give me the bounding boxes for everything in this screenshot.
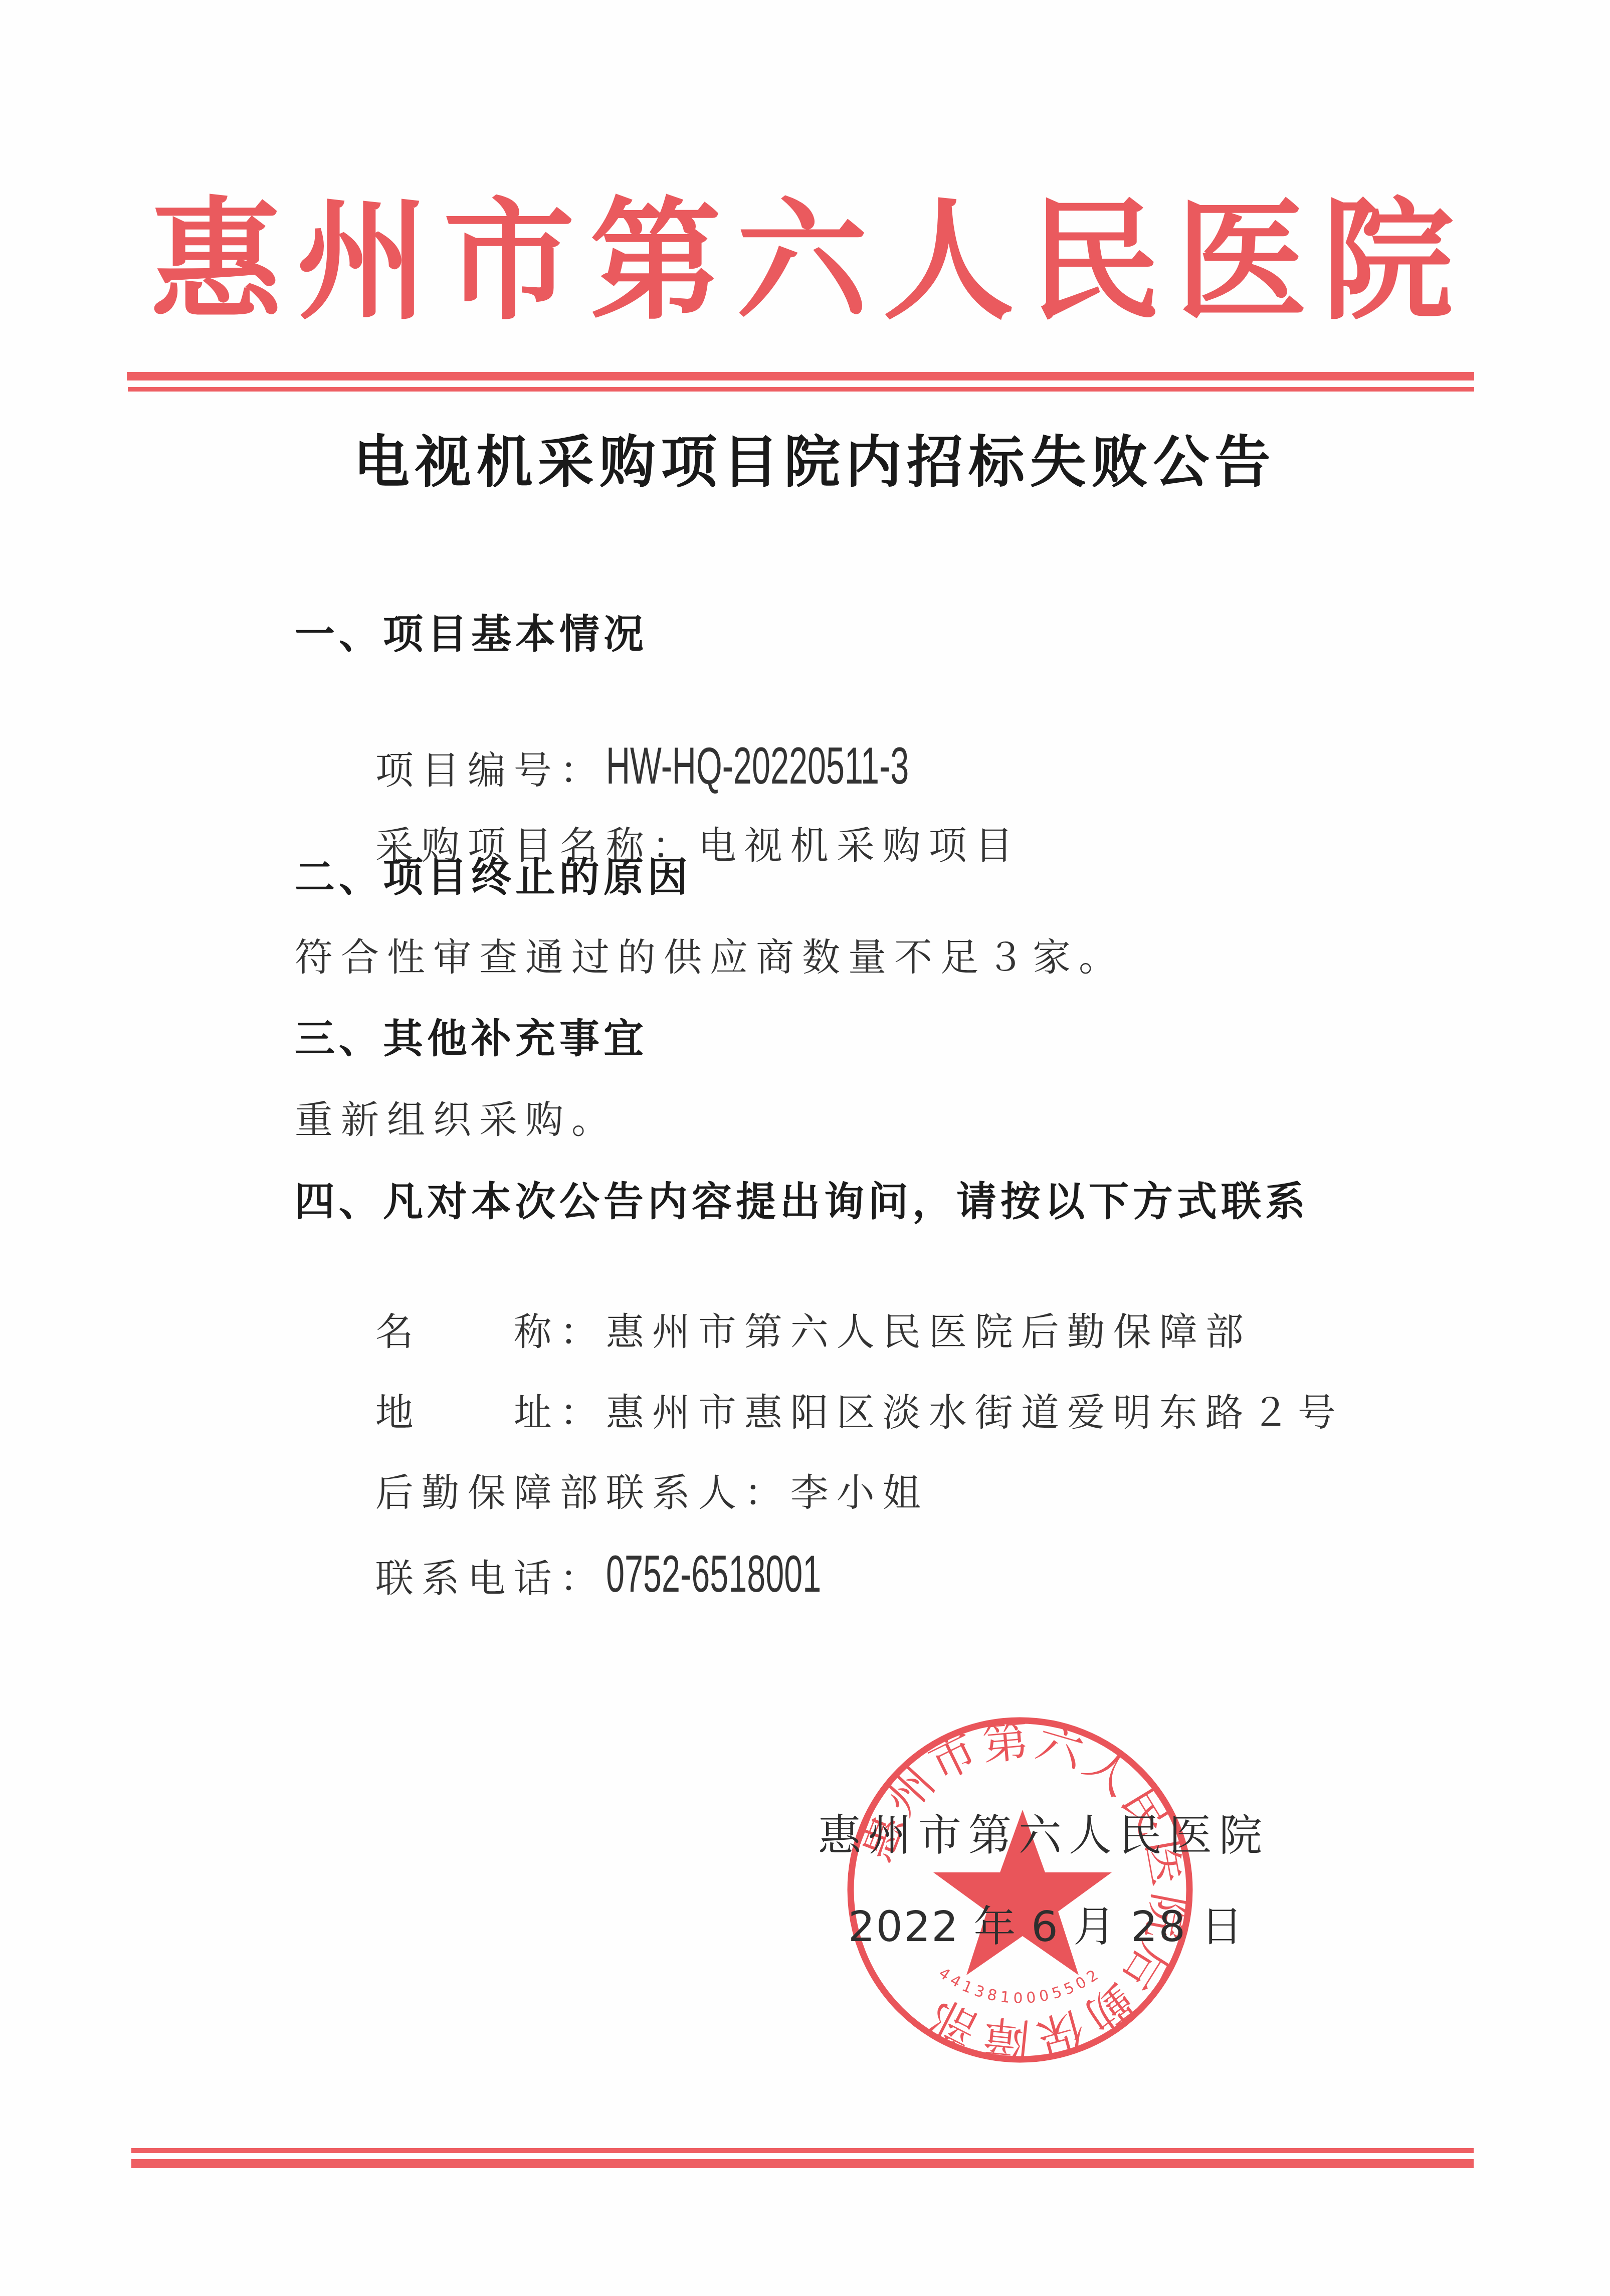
title-char: 电 <box>353 429 410 496</box>
footer-rule-thin <box>131 2148 1474 2153</box>
title-char: 采 <box>538 429 594 496</box>
letterhead-char: 市 <box>444 185 575 336</box>
contact-phone-label: 联系电话： <box>375 1556 606 1601</box>
title-char: 失 <box>1030 429 1086 496</box>
signature-organization: 惠州市第六人民医院 <box>818 1811 1269 1861</box>
section-heading-1: 一、项目基本情况 <box>295 609 648 659</box>
title-char: 院 <box>784 429 840 496</box>
title-char: 公 <box>1153 429 1209 496</box>
letterhead-char: 人 <box>883 185 1014 336</box>
title-char: 内 <box>846 429 902 496</box>
title-char: 标 <box>968 429 1025 496</box>
letterhead-char: 六 <box>736 185 868 336</box>
letterhead-char: 惠 <box>150 185 282 336</box>
title-char: 告 <box>1215 429 1271 496</box>
letterhead-char: 民 <box>1030 185 1161 336</box>
title-char: 视 <box>415 429 471 496</box>
contact-name-row: 名 称：惠州市第六人民医院后勤保障部 <box>295 1257 1252 1307</box>
title-char: 机 <box>476 429 532 496</box>
project-name-value: 电视机采购项目 <box>698 823 1021 868</box>
official-seal-icon: 惠州市第六人民医院后勤保障部 4413810005502 <box>842 1712 1198 2068</box>
contact-phone-value: 0752-6518001 <box>606 1549 821 1599</box>
title-char: 目 <box>722 429 778 496</box>
letterhead-char: 第 <box>590 185 721 336</box>
title-char: 招 <box>907 429 963 496</box>
project-number-row: 项目编号：HW-HQ-20220511-3 <box>295 691 1079 741</box>
footer-rule-thick <box>131 2159 1474 2168</box>
contact-phone-row: 联系电话：0752-6518001 <box>295 1499 942 1549</box>
signature-date: 2022 年 6 月 28 日 <box>848 1901 1244 1952</box>
section-heading-4: 四、凡对本次公告内容提出询问，请按以下方式联系 <box>295 1177 1309 1227</box>
letterhead-char: 医 <box>1176 185 1307 336</box>
document-page: 惠 州 市 第 六 人 民 医 院 电视机采购项目院内招标失败公告 一、项目基本… <box>0 0 1610 2296</box>
title-char: 败 <box>1091 429 1147 496</box>
supplementary-note: 重新组织采购。 <box>295 1095 618 1145</box>
letterhead-char: 州 <box>297 185 428 336</box>
header-rule-thin <box>128 387 1474 392</box>
project-name-row: 采购项目名称：电视机采购项目 <box>295 771 1021 821</box>
title-char: 购 <box>599 429 656 496</box>
contact-address-row: 地 址：惠州市惠阳区淡水街道爱明东路２号 <box>295 1337 1344 1388</box>
termination-reason: 符合性审查通过的供应商数量不足３家。 <box>295 932 1125 983</box>
section-heading-3: 三、其他补充事宜 <box>295 1014 648 1064</box>
section-heading-2: 二、项目终止的原因 <box>295 852 692 902</box>
letterhead-char: 院 <box>1322 185 1454 336</box>
letterhead-title: 惠 州 市 第 六 人 民 医 院 <box>150 185 1454 336</box>
contact-person-row: 后勤保障部联系人：李小姐 <box>295 1418 929 1468</box>
title-char: 项 <box>661 429 717 496</box>
document-title: 电视机采购项目院内招标失败公告 <box>353 429 1271 496</box>
header-rule-thick <box>127 372 1474 380</box>
